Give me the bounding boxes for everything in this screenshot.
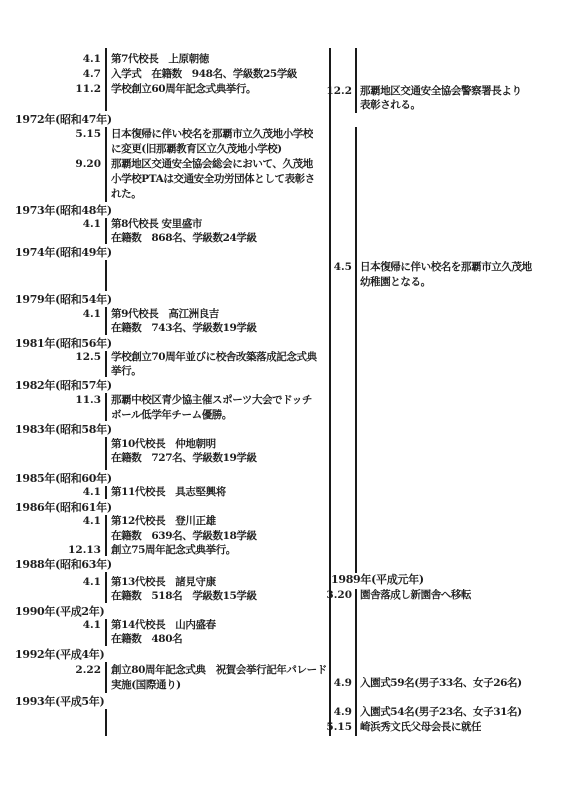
timeline-event-row: ボール低学年チーム優勝。 — [0, 409, 566, 423]
entry-text: 創立75周年記念式典挙行。 — [111, 544, 236, 557]
table-border-line — [105, 662, 107, 693]
entry-year-label: 1974年(昭和49年) — [15, 246, 112, 259]
timeline-event-row: 4.1第7代校長 上原朝徳 — [0, 53, 566, 67]
timeline-year-row: 1974年(昭和49年) — [0, 246, 566, 260]
table-border-line — [105, 393, 107, 421]
entry-date: 4.1 — [55, 218, 101, 231]
timeline-event-row: 在籍数 868名、学級数24学級 — [0, 232, 566, 246]
entry-year-label: 1981年(昭和56年) — [15, 337, 112, 350]
entry-text: ボール低学年チーム優勝。 — [111, 409, 232, 422]
entry-text: 入園式54名(男子23名、女子31名) — [360, 706, 522, 719]
table-border-line — [105, 127, 107, 202]
timeline-event-row: 12.13創立75周年記念式典挙行。 — [0, 544, 566, 558]
entry-year-label: 1985年(昭和60年) — [15, 472, 112, 485]
timeline-year-row: 1989年(平成元年) — [0, 573, 566, 587]
entry-text: 在籍数 727名、学級数19学級 — [111, 452, 257, 465]
entry-year-label: 1979年(昭和54年) — [15, 293, 112, 306]
entry-text: 第8代校長 安里盛市 — [111, 218, 202, 231]
entry-date: 12.13 — [55, 544, 101, 557]
entry-year-label: 1988年(昭和63年) — [15, 558, 112, 571]
timeline-event-row: 9.20那覇地区交通安全協会総会において、久茂地 — [0, 158, 566, 172]
entry-date: 12.5 — [55, 351, 101, 364]
timeline-year-row: 1990年(平成2年) — [0, 605, 566, 619]
timeline-year-row: 1986年(昭和61年) — [0, 501, 566, 515]
table-border-line — [105, 307, 107, 335]
entry-text: 園舎落成し新園舎へ移転 — [360, 589, 471, 602]
entry-year-label: 1992年(平成4年) — [15, 648, 104, 661]
timeline-year-row: 1992年(平成4年) — [0, 648, 566, 662]
entry-year-label: 1986年(昭和61年) — [15, 501, 112, 514]
entry-text: 日本復帰に伴い校名を那覇市立久茂地小学校 — [111, 128, 313, 141]
entry-year-label: 1973年(昭和48年) — [15, 204, 112, 217]
timeline-event-row: 12.2那覇地区交通安全協会警察署長より — [0, 85, 566, 99]
entry-date: 4.1 — [55, 619, 101, 632]
timeline-year-row: 1988年(昭和63年) — [0, 558, 566, 572]
entry-date: 4.1 — [55, 486, 101, 499]
entry-text: 那覇地区交通安全協会警察署長より — [360, 85, 522, 98]
entry-text: 入園式59名(男子33名、女子26名) — [360, 677, 522, 690]
timeline-event-row: 12.5学校創立70周年並びに校舎改築落成記念式典 — [0, 351, 566, 365]
timeline-event-row: 在籍数 727名、学級数19学級 — [0, 452, 566, 466]
entry-date: 5.15 — [55, 128, 101, 141]
table-border-line — [105, 709, 107, 736]
table-border-line — [105, 437, 107, 470]
entry-date: 4.1 — [55, 308, 101, 321]
timeline-year-row: 1981年(昭和56年) — [0, 337, 566, 351]
table-border-line — [355, 127, 357, 573]
timeline-event-row: 4.1第14代校長 山内盛春 — [0, 619, 566, 633]
timeline-year-row: 1979年(昭和54年) — [0, 293, 566, 307]
timeline-year-row: 1973年(昭和48年) — [0, 204, 566, 218]
entry-text: 表彰される。 — [360, 99, 421, 112]
timeline-year-row: 1985年(昭和60年) — [0, 472, 566, 486]
timeline-event-row: 表彰される。 — [0, 99, 566, 113]
timeline-event-row: 幼稚園となる。 — [0, 276, 566, 290]
entry-text: 小学校PTAは交通安全功労団体として表彰さ — [111, 173, 315, 186]
timeline-event-row: 挙行。 — [0, 365, 566, 379]
timeline-event-row: 3.20園舎落成し新園舎へ移転 — [0, 589, 566, 603]
timeline-event-row: 4.5日本復帰に伴い校名を那覇市立久茂地 — [0, 261, 566, 275]
table-border-line — [105, 48, 107, 111]
timeline-event-row: に変更(旧那覇教育区立久茂地小学校) — [0, 143, 566, 157]
timeline-event-row: 小学校PTAは交通安全功労団体として表彰さ — [0, 173, 566, 187]
entry-text: 第11代校長 具志堅興将 — [111, 486, 226, 499]
timeline-event-row: 4.9入園式54名(男子23名、女子31名) — [0, 706, 566, 720]
entry-text: 那覇地区交通安全協会総会において、久茂地 — [111, 158, 313, 171]
entry-text: 幼稚園となる。 — [360, 276, 431, 289]
entry-date: 11.3 — [55, 394, 101, 407]
entry-text: 在籍数 480名 — [111, 633, 182, 646]
entry-text: 崎浜秀文氏父母会長に就任 — [360, 721, 481, 734]
entry-date: 4.1 — [55, 515, 101, 528]
timeline-event-row: 4.7入学式 在籍数 948名、学級数25学級 — [0, 68, 566, 82]
table-border-line — [105, 572, 107, 603]
timeline-event-row: 4.1第8代校長 安里盛市 — [0, 218, 566, 232]
entry-text: 那覇中校区青少協主催スポーツ大会でドッチ — [111, 394, 312, 407]
timeline-year-row: 1972年(昭和47年) — [0, 113, 566, 127]
entry-text: 在籍数 868名、学級数24学級 — [111, 232, 257, 245]
entry-text: に変更(旧那覇教育区立久茂地小学校) — [111, 143, 282, 156]
table-border-line — [105, 619, 107, 646]
entry-year-label: 1982年(昭和57年) — [15, 379, 112, 392]
entry-text: 第14代校長 山内盛春 — [111, 619, 216, 632]
entry-text: 挙行。 — [111, 365, 141, 378]
table-border-line — [105, 486, 107, 499]
table-border-line — [105, 351, 107, 377]
entry-text: 学校創立70周年並びに校舎改築落成記念式典 — [111, 351, 317, 364]
timeline-event-row: 4.1第11代校長 具志堅興将 — [0, 486, 566, 500]
timeline-year-row: 1982年(昭和57年) — [0, 379, 566, 393]
table-border-line — [105, 260, 107, 291]
entry-text: 第10代校長 仲地朝明 — [111, 438, 216, 451]
entry-year-label: 1989年(平成元年) — [331, 573, 424, 586]
entry-date: 4.1 — [55, 53, 101, 66]
entry-text: 創立80周年記念式典 祝賀会挙行記年パレード — [111, 664, 327, 677]
entry-year-label: 1990年(平成2年) — [15, 605, 104, 618]
table-border-line — [355, 589, 357, 736]
timeline-year-row: 1983年(昭和58年) — [0, 423, 566, 437]
table-border-line — [355, 48, 357, 113]
entry-text: 在籍数 639名、学級数18学級 — [111, 530, 257, 543]
table-border-line — [329, 48, 331, 736]
entry-date: 4.7 — [55, 68, 101, 81]
entry-text: 入学式 在籍数 948名、学級数25学級 — [111, 68, 297, 81]
timeline-event-row: 4.1第9代校長 高江洲良吉 — [0, 308, 566, 322]
timeline-event-row: 在籍数 743名、学級数19学級 — [0, 322, 566, 336]
timeline-event-row: 2.22創立80周年記念式典 祝賀会挙行記年パレード — [0, 664, 566, 678]
timeline-event-row: 11.3那覇中校区青少協主催スポーツ大会でドッチ — [0, 394, 566, 408]
table-border-line — [105, 218, 107, 244]
entry-text: 第9代校長 高江洲良吉 — [111, 308, 219, 321]
entry-text: 日本復帰に伴い校名を那覇市立久茂地 — [360, 261, 532, 274]
timeline-event-row: 在籍数 639名、学級数18学級 — [0, 530, 566, 544]
entry-text: れた。 — [111, 188, 141, 201]
document-page: 4.1第7代校長 上原朝徳4.7入学式 在籍数 948名、学級数25学級11.2… — [0, 0, 566, 800]
entry-year-label: 1972年(昭和47年) — [15, 113, 112, 126]
entry-year-label: 1983年(昭和58年) — [15, 423, 112, 436]
timeline-event-row: 4.1第12代校長 登川正雄 — [0, 515, 566, 529]
timeline-event-row: 4.9入園式59名(男子33名、女子26名) — [0, 677, 566, 691]
entry-text: 第7代校長 上原朝徳 — [111, 53, 209, 66]
entry-text: 第12代校長 登川正雄 — [111, 515, 216, 528]
timeline-event-row: 5.15日本復帰に伴い校名を那覇市立久茂地小学校 — [0, 128, 566, 142]
timeline-event-row: れた。 — [0, 188, 566, 202]
table-border-line — [105, 515, 107, 556]
entry-date: 9.20 — [55, 158, 101, 171]
entry-text: 在籍数 743名、学級数19学級 — [111, 322, 257, 335]
timeline-event-row: 第10代校長 仲地朝明 — [0, 438, 566, 452]
timeline-event-row: 在籍数 480名 — [0, 633, 566, 647]
entry-date: 2.22 — [55, 664, 101, 677]
timeline-event-row: 5.15崎浜秀文氏父母会長に就任 — [0, 721, 566, 735]
